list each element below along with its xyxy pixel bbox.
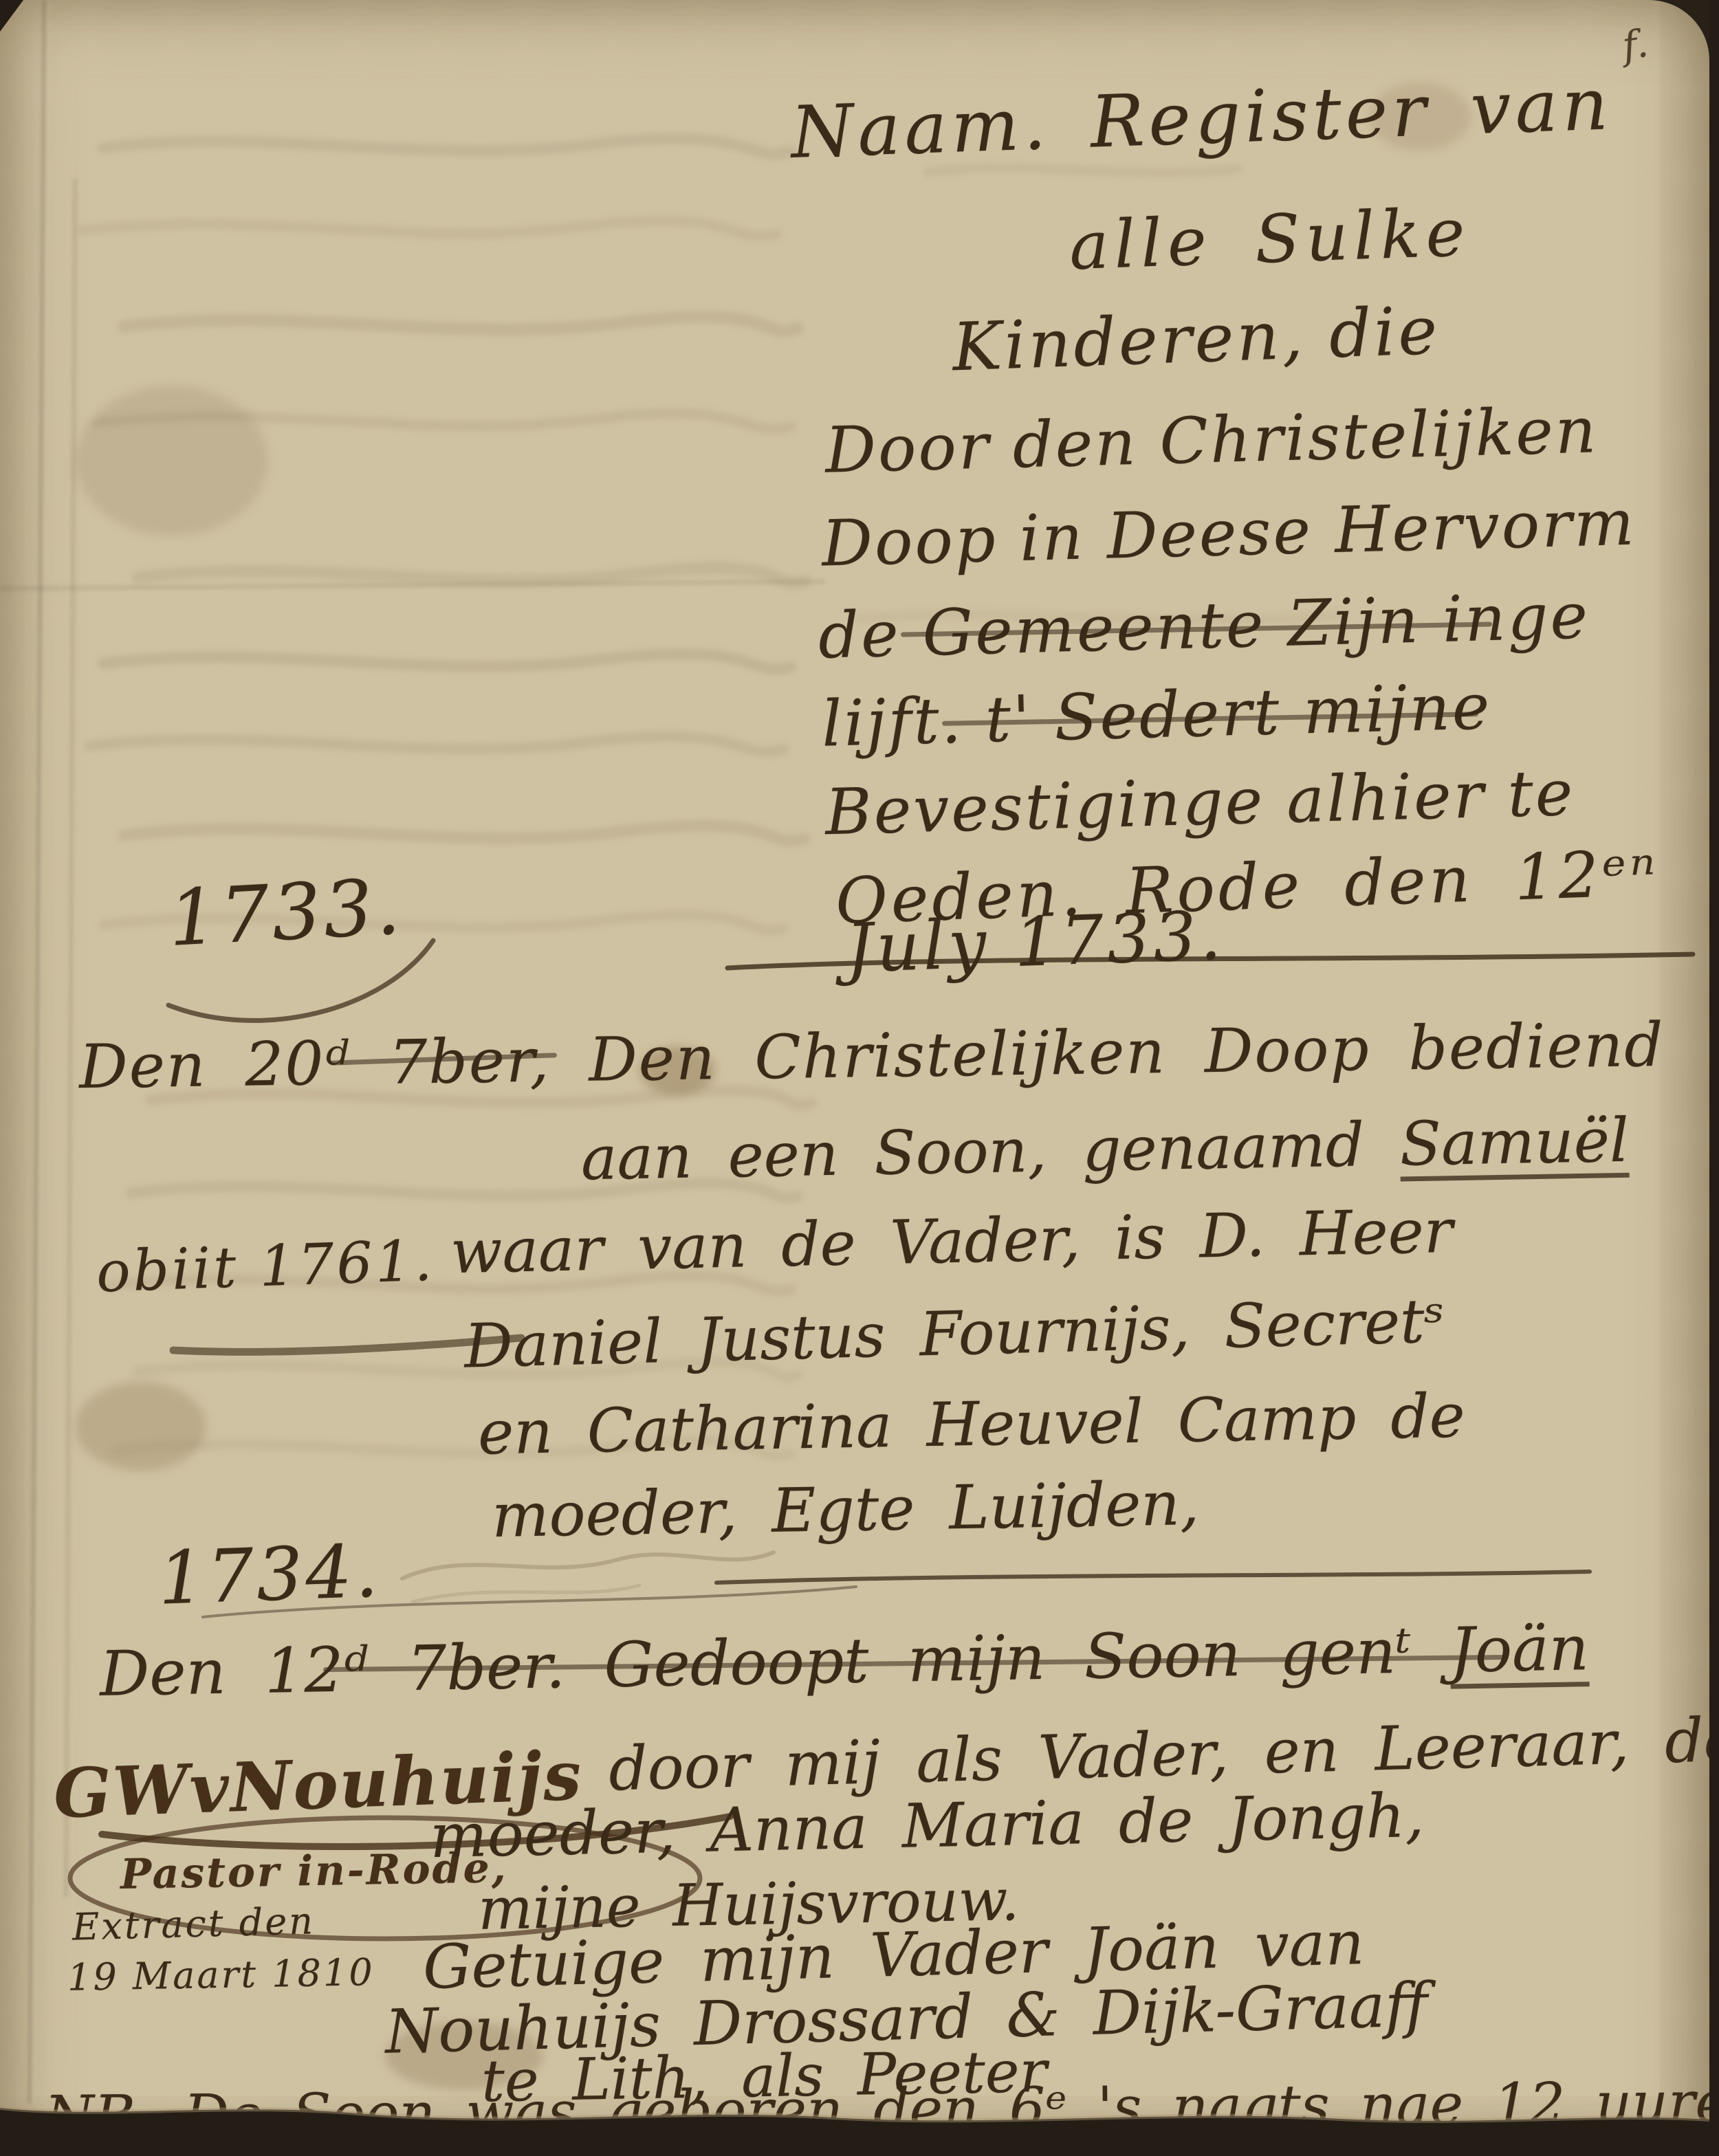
manuscript-page: f. Naam. Register van alle Sulke Kindere… bbox=[0, 0, 1709, 2156]
page-corner-notch bbox=[0, 0, 23, 32]
page-bottom-edge bbox=[0, 0, 1719, 2156]
scanned-document-background: { "document": { "folio_mark": "f.", "tit… bbox=[0, 0, 1719, 2156]
page-edge-right bbox=[1709, 0, 1719, 2156]
